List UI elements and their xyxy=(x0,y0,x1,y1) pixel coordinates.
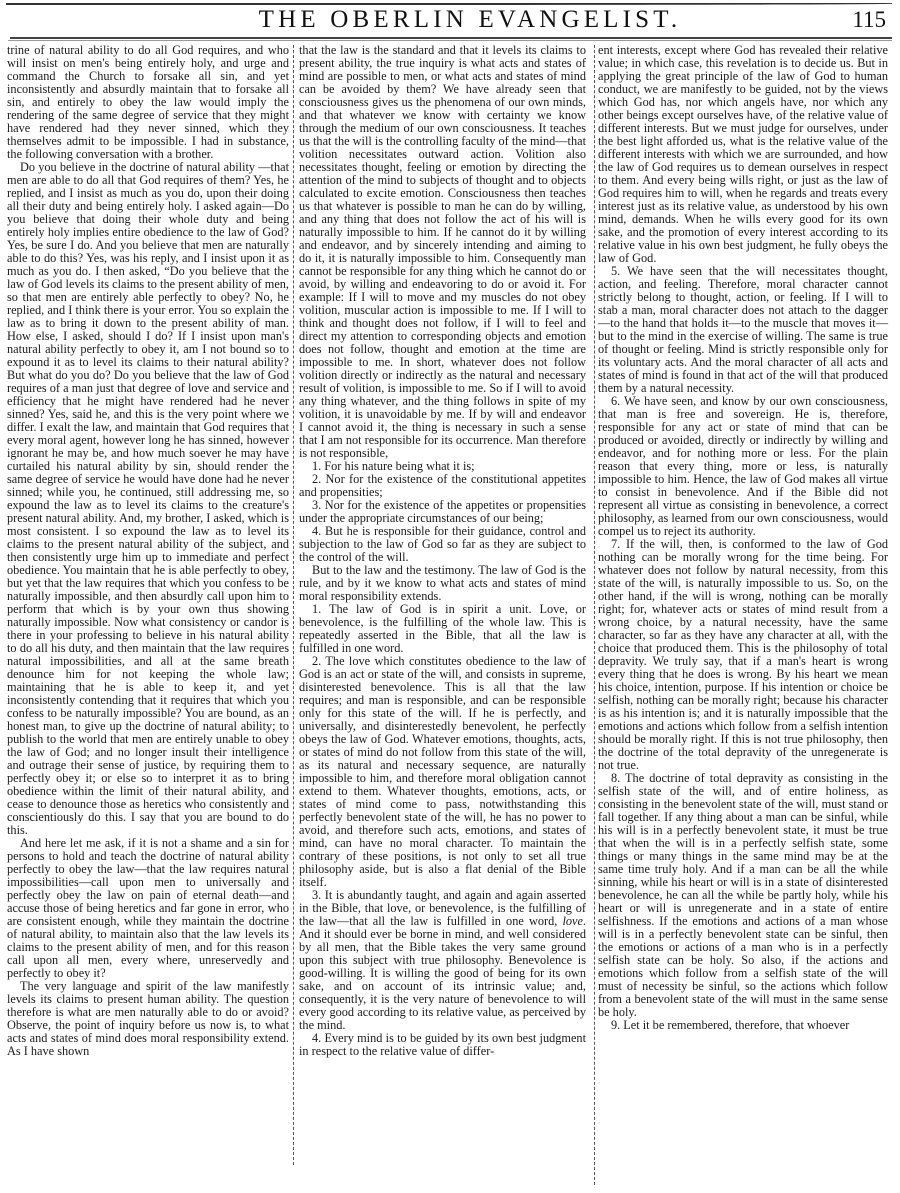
column-1: trine of natural ability to do all God r… xyxy=(7,44,289,1058)
paragraph: that the law is the standard and that it… xyxy=(299,44,586,460)
masthead-top-rule xyxy=(6,3,892,5)
paragraph: trine of natural ability to do all God r… xyxy=(7,44,289,161)
column-divider xyxy=(293,45,294,1165)
column-3: ent interests, except where God has reve… xyxy=(598,44,888,1032)
paragraph: 7. If the will, then, is conformed to th… xyxy=(598,538,888,772)
paragraph: But to the law and the testimony. The la… xyxy=(299,564,586,603)
page-number: 115 xyxy=(852,7,886,33)
newspaper-page: THE OBERLIN EVANGELIST. 115 trine of nat… xyxy=(0,0,900,1193)
paragraph: 5. We have seen that the will necessitat… xyxy=(598,265,888,395)
paragraph-text: 3. It is abundantly taught, and again an… xyxy=(299,888,586,928)
paragraph: 3. It is abundantly taught, and again an… xyxy=(299,889,586,1032)
publication-title: THE OBERLIN EVANGELIST. xyxy=(0,6,900,34)
paragraph: Do you believe in the doctrine of natura… xyxy=(7,161,289,837)
masthead-bottom-rule-thin xyxy=(8,40,892,41)
paragraph: 9. Let it be remembered, therefore, that… xyxy=(598,1019,888,1032)
column-divider xyxy=(594,45,595,1185)
paragraph: And here let me ask, if it is not a sham… xyxy=(7,837,289,980)
paragraph: 4. Every mind is to be guided by its own… xyxy=(299,1032,586,1058)
paragraph: 2. Nor for the existence of the constitu… xyxy=(299,473,586,499)
paragraph: 3. Nor for the existence of the appetite… xyxy=(299,499,586,525)
italic-word: love xyxy=(562,914,582,928)
paragraph: 6. We have seen, and know by our own con… xyxy=(598,395,888,538)
masthead: THE OBERLIN EVANGELIST. 115 xyxy=(0,6,900,32)
paragraph-text: . And it should ever be borne in mind, a… xyxy=(299,914,586,1032)
column-2: that the law is the standard and that it… xyxy=(299,44,586,1058)
paragraph: 4. But he is responsible for their guida… xyxy=(299,525,586,564)
paragraph: The very language and spirit of the law … xyxy=(7,980,289,1058)
masthead-bottom-rule xyxy=(10,37,892,39)
paragraph: 1. The law of God is in spirit a unit. L… xyxy=(299,603,586,655)
paragraph: 2. The love which constitutes obedience … xyxy=(299,655,586,889)
paragraph: ent interests, except where God has reve… xyxy=(598,44,888,265)
paragraph: 8. The doctrine of total depravity as co… xyxy=(598,772,888,1019)
